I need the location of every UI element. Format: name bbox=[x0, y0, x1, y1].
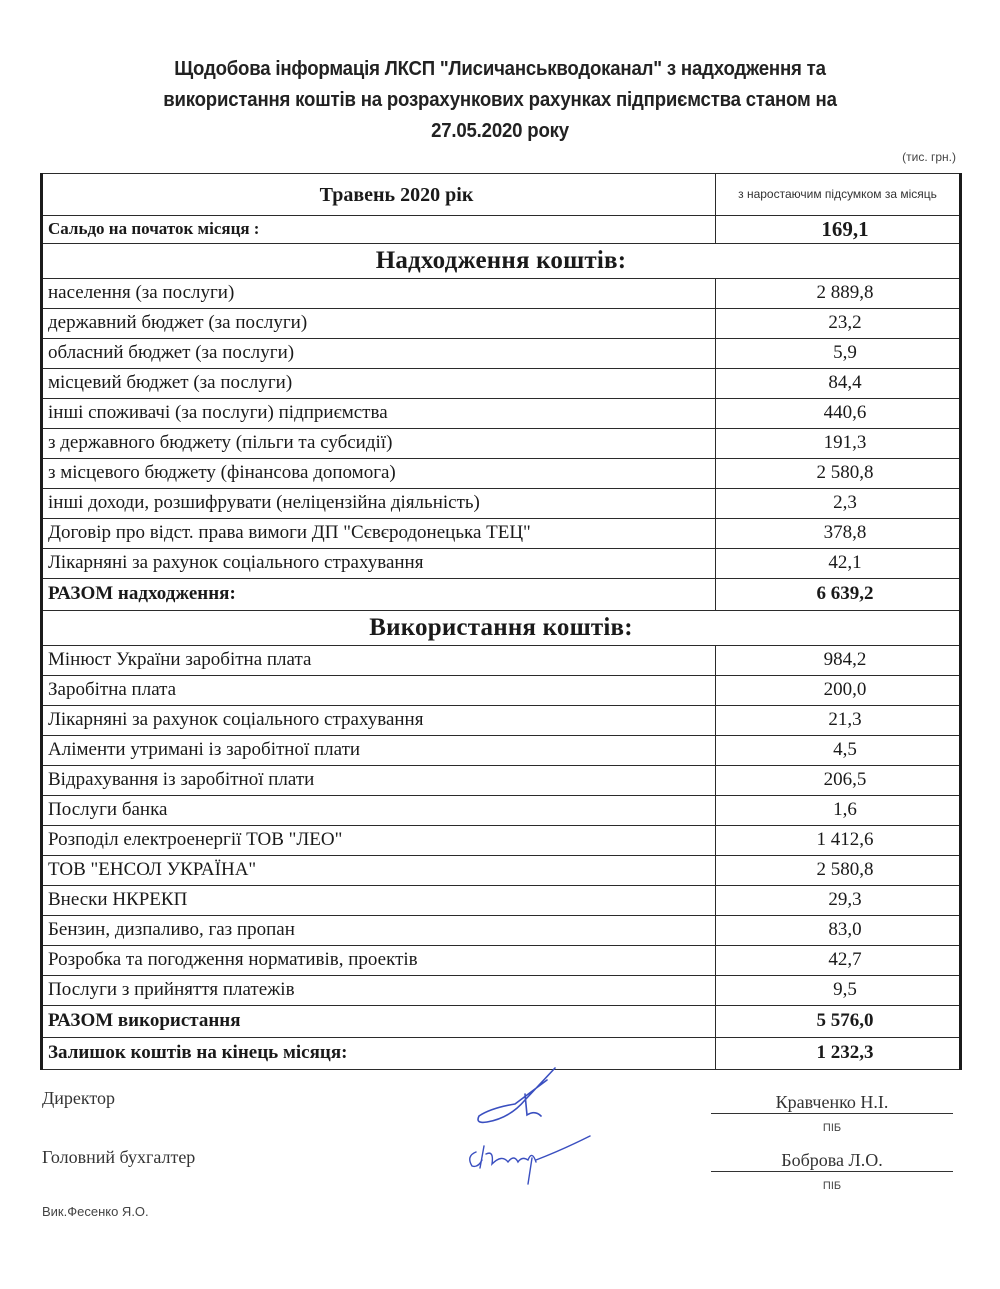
expense-item-label: Розробка та погодження нормативів, проек… bbox=[42, 946, 716, 976]
income-item-label: місцевий бюджет (за послуги) bbox=[42, 369, 716, 399]
expense-item-value: 200,0 bbox=[716, 676, 961, 706]
income-section-title: Надходження коштів: bbox=[42, 244, 961, 279]
expense-item-label: Відрахування із заробітної плати bbox=[42, 766, 716, 796]
income-item-value: 42,1 bbox=[716, 549, 961, 579]
expense-item-value: 9,5 bbox=[716, 976, 961, 1006]
table-row: Бензин, дизпаливо, газ пропан83,0 bbox=[42, 916, 961, 946]
income-item-label: інші доходи, розшифрувати (неліцензійна … bbox=[42, 489, 716, 519]
expense-item-value: 83,0 bbox=[716, 916, 961, 946]
expense-item-label: Бензин, дизпаливо, газ пропан bbox=[42, 916, 716, 946]
expense-item-label: Розподіл електроенергії ТОВ "ЛЕО" bbox=[42, 826, 716, 856]
expense-item-label: Аліменти утримані із заробітної плати bbox=[42, 736, 716, 766]
cumulative-header: з наростаючим підсумком за місяць bbox=[716, 174, 961, 216]
expense-item-value: 206,5 bbox=[716, 766, 961, 796]
table-row: Аліменти утримані із заробітної плати4,5 bbox=[42, 736, 961, 766]
expenses-total-label: РАЗОМ використання bbox=[42, 1006, 716, 1038]
table-row: ТОВ "ЕНСОЛ УКРАЇНА"2 580,8 bbox=[42, 856, 961, 886]
chief-accountant-signature-icon bbox=[462, 1130, 602, 1200]
income-total-label: РАЗОМ надходження: bbox=[42, 579, 716, 611]
table-row: інші споживачі (за послуги) підприємства… bbox=[42, 399, 961, 429]
table-row: Мінюст України заробітна плата984,2 bbox=[42, 646, 961, 676]
director-signature-line bbox=[711, 1113, 953, 1114]
income-item-value: 191,3 bbox=[716, 429, 961, 459]
director-name-caption: ПІБ bbox=[713, 1122, 951, 1134]
expenses-total-row: РАЗОМ використання5 576,0 bbox=[42, 1006, 961, 1038]
expense-item-label: Послуги з прийняття платежів bbox=[42, 976, 716, 1006]
document-title: Щодобова інформація ЛКСП "Лисичанськводо… bbox=[91, 54, 909, 147]
table-row: інші доходи, розшифрувати (неліцензійна … bbox=[42, 489, 961, 519]
table-row: місцевий бюджет (за послуги)84,4 bbox=[42, 369, 961, 399]
table-row: з місцевого бюджету (фінансова допомога)… bbox=[42, 459, 961, 489]
income-item-label: обласний бюджет (за послуги) bbox=[42, 339, 716, 369]
table-row: Внески НКРЕКП29,3 bbox=[42, 886, 961, 916]
opening-balance-value: 169,1 bbox=[716, 216, 961, 244]
title-line-3: 27.05.2020 року bbox=[91, 116, 909, 147]
cash-flow-table: Травень 2020 рік з наростаючим підсумком… bbox=[40, 173, 962, 1070]
income-item-value: 2 580,8 bbox=[716, 459, 961, 489]
expense-item-value: 984,2 bbox=[716, 646, 961, 676]
income-item-value: 2,3 bbox=[716, 489, 961, 519]
expense-item-value: 1,6 bbox=[716, 796, 961, 826]
expense-item-label: Заробітна плата bbox=[42, 676, 716, 706]
income-total-value: 6 639,2 bbox=[716, 579, 961, 611]
opening-balance-label: Сальдо на початок місяця : bbox=[42, 216, 716, 244]
table-row: Розподіл електроенергії ТОВ "ЛЕО"1 412,6 bbox=[42, 826, 961, 856]
income-item-label: населення (за послуги) bbox=[42, 279, 716, 309]
table-row: Лікарняні за рахунок соціального страхув… bbox=[42, 706, 961, 736]
table-row: Заробітна плата200,0 bbox=[42, 676, 961, 706]
table-row: Послуги банка1,6 bbox=[42, 796, 961, 826]
expense-item-value: 21,3 bbox=[716, 706, 961, 736]
table-row: з державного бюджету (пільги та субсидії… bbox=[42, 429, 961, 459]
income-item-value: 84,4 bbox=[716, 369, 961, 399]
table-row: державний бюджет (за послуги)23,2 bbox=[42, 309, 961, 339]
table-row: населення (за послуги)2 889,8 bbox=[42, 279, 961, 309]
table-row: Послуги з прийняття платежів9,5 bbox=[42, 976, 961, 1006]
closing-balance-row: Залишок коштів на кінець місяця:1 232,3 bbox=[42, 1038, 961, 1070]
closing-balance-label: Залишок коштів на кінець місяця: bbox=[42, 1038, 716, 1070]
expense-item-value: 1 412,6 bbox=[716, 826, 961, 856]
period-header: Травень 2020 рік bbox=[42, 174, 716, 216]
table-row: обласний бюджет (за послуги)5,9 bbox=[42, 339, 961, 369]
income-item-value: 378,8 bbox=[716, 519, 961, 549]
expenses-section-header-title: Використання коштів: bbox=[42, 611, 961, 646]
expense-item-label: Лікарняні за рахунок соціального страхув… bbox=[42, 706, 716, 736]
title-line-2: використання коштів на розрахункових рах… bbox=[91, 85, 909, 116]
income-item-label: Лікарняні за рахунок соціального страхув… bbox=[42, 549, 716, 579]
table-row: Розробка та погодження нормативів, проек… bbox=[42, 946, 961, 976]
opening-balance-row: Сальдо на початок місяця : 169,1 bbox=[42, 216, 961, 244]
table-row: Лікарняні за рахунок соціального страхув… bbox=[42, 549, 961, 579]
expense-item-value: 29,3 bbox=[716, 886, 961, 916]
table-header-row: Травень 2020 рік з наростаючим підсумком… bbox=[42, 174, 961, 216]
director-name: Кравченко Н.І. bbox=[713, 1092, 951, 1113]
expense-item-label: ТОВ "ЕНСОЛ УКРАЇНА" bbox=[42, 856, 716, 886]
expense-item-label: Послуги банка bbox=[42, 796, 716, 826]
expense-item-label: Внески НКРЕКП bbox=[42, 886, 716, 916]
chief-accountant-name: Боброва Л.О. bbox=[713, 1150, 951, 1171]
expenses-section-header: Використання коштів: bbox=[42, 611, 961, 646]
income-item-label: Договір про відст. права вимоги ДП "Сєвє… bbox=[42, 519, 716, 549]
income-item-label: з державного бюджету (пільги та субсидії… bbox=[42, 429, 716, 459]
director-signature-icon bbox=[455, 1060, 595, 1140]
expenses-total-value: 5 576,0 bbox=[716, 1006, 961, 1038]
expense-item-value: 42,7 bbox=[716, 946, 961, 976]
director-role: Директор bbox=[42, 1088, 115, 1109]
income-item-value: 440,6 bbox=[716, 399, 961, 429]
income-item-label: інші споживачі (за послуги) підприємства bbox=[42, 399, 716, 429]
income-item-value: 5,9 bbox=[716, 339, 961, 369]
expense-item-value: 4,5 bbox=[716, 736, 961, 766]
chief-accountant-role: Головний бухгалтер bbox=[42, 1147, 195, 1168]
title-line-1: Щодобова інформація ЛКСП "Лисичанськводо… bbox=[91, 54, 909, 85]
income-item-value: 2 889,8 bbox=[716, 279, 961, 309]
income-total-row: РАЗОМ надходження:6 639,2 bbox=[42, 579, 961, 611]
table-row: Відрахування із заробітної плати206,5 bbox=[42, 766, 961, 796]
expense-item-label: Мінюст України заробітна плата bbox=[42, 646, 716, 676]
table-row: Договір про відст. права вимоги ДП "Сєвє… bbox=[42, 519, 961, 549]
income-item-value: 23,2 bbox=[716, 309, 961, 339]
chief-accountant-signature-line bbox=[711, 1171, 953, 1172]
closing-balance-value: 1 232,3 bbox=[716, 1038, 961, 1070]
income-section-header: Надходження коштів: bbox=[42, 244, 961, 279]
chief-accountant-name-caption: ПІБ bbox=[713, 1180, 951, 1192]
executor-note: Вик.Фесенко Я.О. bbox=[42, 1204, 149, 1219]
income-item-label: державний бюджет (за послуги) bbox=[42, 309, 716, 339]
currency-unit-label: (тис. грн.) bbox=[902, 150, 956, 164]
expense-item-value: 2 580,8 bbox=[716, 856, 961, 886]
income-item-label: з місцевого бюджету (фінансова допомога) bbox=[42, 459, 716, 489]
